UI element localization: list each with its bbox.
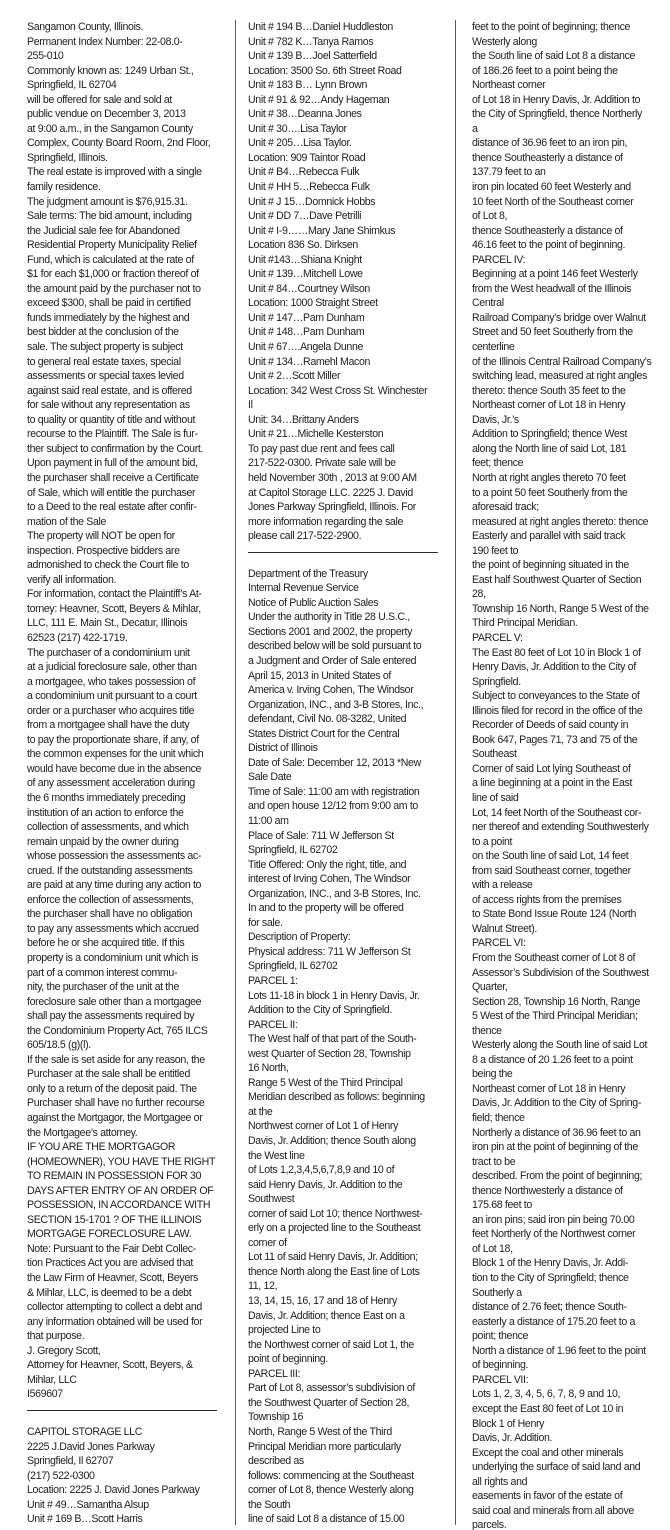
text-line: Davis, Jr. Addition; thence East on a [248, 1309, 444, 1324]
text-line: of access rights from the premises [472, 893, 664, 908]
text-line: Sections 2001 and 2002, the property [248, 625, 444, 640]
text-line: 46.16 feet to the point of beginning. [472, 238, 664, 253]
text-line: the Mortgagee’s attorney. [27, 1126, 223, 1141]
text-line: foreclosure sale other than a mortgagee [27, 995, 223, 1010]
text-line: Unit # HH 5…Rebecca Fulk [248, 180, 444, 195]
text-line: Time of Sale: 11:00 am with registration [248, 785, 444, 800]
text-line: MORTGAGE FORECLOSURE LAW. [27, 1227, 223, 1242]
text-line: Unit # 134…Ramehl Macon [248, 355, 444, 370]
column-right: feet to the point of beginning; thenceWe… [472, 20, 664, 1530]
text-line: the 6 months immediately preceding [27, 791, 223, 806]
text-line: an iron pins; said iron pin being 70.00 [472, 1213, 664, 1228]
text-line: Henry Davis, Jr. Addition to the City of [472, 660, 664, 675]
text-line: Unit # 67….Angela Dunne [248, 340, 444, 355]
text-line: thence [472, 1024, 664, 1039]
text-line: Upon payment in full of the amount bid, [27, 456, 223, 471]
text-line: on the South line of said Lot, 14 feet [472, 849, 664, 864]
text-line: Walnut Street). [472, 922, 664, 937]
text-line: Permanent Index Number: 22-08.0- [27, 35, 223, 50]
text-line: Westerly along the South line of said Lo… [472, 1038, 664, 1053]
text-line: at the [248, 1105, 444, 1120]
text-line: Location: 3500 So. 6th Street Road [248, 64, 444, 79]
text-line: 11:00 am [248, 814, 444, 829]
notice-separator [248, 552, 438, 553]
text-line: Section 28, Township 16 North, Range [472, 995, 664, 1010]
text-line: Unit # J 15…Domnick Hobbs [248, 195, 444, 210]
text-line: to quality or quantity of title and with… [27, 413, 223, 428]
text-line: switching lead, measured at right angles [472, 369, 664, 384]
text-line: Unit # 205…Lisa Taylor. [248, 136, 444, 151]
text-line: of Lots 1,2,3,4,5,6,7,8,9 and 10 of [248, 1163, 444, 1178]
text-line: thence North along the East line of Lots [248, 1265, 444, 1280]
text-line: said coal and minerals from all above [472, 1504, 664, 1519]
text-line: recourse to the Plaintiff. The Sale is f… [27, 427, 223, 442]
text-line: Northwest corner of Lot 1 of Henry [248, 1119, 444, 1134]
text-line: ner thereof and extending Southwesterly [472, 820, 664, 835]
text-line: From the Southeast corner of Lot 8 of [472, 951, 664, 966]
text-line: States District Court for the Central [248, 727, 444, 742]
text-line: a mortgagee, who takes possession of [27, 675, 223, 690]
text-line: the South [248, 1498, 444, 1513]
text-line: (217) 522-0300 [27, 1469, 223, 1484]
text-line: the Condominium Property Act, 765 ILCS [27, 1024, 223, 1039]
text-line: 28, [472, 587, 664, 602]
text-line: LLC, 111 E. Main St., Decatur, Illinois [27, 616, 223, 631]
text-line: centerline [472, 340, 664, 355]
text-line: 8 a distance of 20 1.26 feet to a point [472, 1053, 664, 1068]
text-line: 605/18.5 (g)(l). [27, 1038, 223, 1053]
text-line: East half Southwest Quarter of Section [472, 573, 664, 588]
text-line: Illinois filed for record in the office … [472, 704, 664, 719]
text-line: a Judgment and Order of Sale entered [248, 654, 444, 669]
text-line: against said real estate, and is offered [27, 384, 223, 399]
text-line: TO REMAIN IN POSSESSION FOR 30 [27, 1169, 223, 1184]
text-line: any information obtained will be used fo… [27, 1315, 223, 1330]
text-line: Springfield, IL 62702 [248, 959, 444, 974]
text-line: tion Practices Act you are advised that [27, 1256, 223, 1271]
text-line: Unit # 194 B…Daniel Huddleston [248, 20, 444, 35]
text-line: and open house 12/12 from 9:00 am to [248, 799, 444, 814]
text-line: iron pin at the point of beginning of th… [472, 1140, 664, 1155]
text-line: Unit # 147…Pam Dunham [248, 311, 444, 326]
text-line: In and to the property will be offered [248, 901, 444, 916]
text-line: Unit # 49…Samantha Alsup [27, 1498, 223, 1513]
text-line: a condominium unit pursuant to a court [27, 689, 223, 704]
text-line: sale. The subject property is subject [27, 340, 223, 355]
text-line: CAPITOL STORAGE LLC [27, 1425, 223, 1440]
text-line: Unit # 2…Scott Miller [248, 369, 444, 384]
text-line: Davis, Jr. Addition. [472, 1431, 664, 1446]
text-line: PARCEL V: [472, 631, 664, 646]
text-line: Unit # B4…Rebecca Fulk [248, 165, 444, 180]
text-line: SECTION 15-1701 ? OF THE ILLINOIS [27, 1213, 223, 1228]
text-line: the purchaser shall receive a Certificat… [27, 471, 223, 486]
text-line: thence Northwesterly a distance of [472, 1184, 664, 1199]
text-line: field; thence [472, 1111, 664, 1126]
text-line: Northeast corner [472, 78, 664, 93]
text-line: interest of Irving Cohen, The Windsor [248, 872, 444, 887]
text-line: Central [472, 296, 664, 311]
text-line: verify all information. [27, 573, 223, 588]
text-line: Northeast corner of Lot 18 in Henry [472, 1082, 664, 1097]
text-line: described. From the point of beginning; [472, 1169, 664, 1184]
text-line: Unit # I-9……Mary Jane Shimkus [248, 224, 444, 239]
text-line: Railroad Company’s bridge over Walnut [472, 311, 664, 326]
text-line: the West line [248, 1149, 444, 1164]
text-line: Davis, Jr. Addition to the City of Sprin… [472, 1096, 664, 1111]
text-line: crued. If the outstanding assessments [27, 864, 223, 879]
text-line: order or a purchaser who acquires title [27, 704, 223, 719]
text-line: at 9:00 a.m., in the Sangamon County [27, 122, 223, 137]
text-line: Quarter, [472, 980, 664, 995]
text-line: Lot, 14 feet North of the Southeast cor- [472, 806, 664, 821]
text-line: Easterly and parallel with said track [472, 529, 664, 544]
text-line: 190 feet to [472, 544, 664, 559]
text-line: point; thence [472, 1329, 664, 1344]
text-line: distance of 2.76 feet; thence South- [472, 1300, 664, 1315]
text-line: the amount paid by the purchaser not to [27, 282, 223, 297]
text-line: Westerly along [472, 35, 664, 50]
text-line: Part of Lot 8, assessor’s subdivision of [248, 1381, 444, 1396]
text-line: to a point [472, 835, 664, 850]
text-line: To pay past due rent and fees call [248, 442, 444, 457]
text-line: POSSESSION, IN ACCORDANCE WITH [27, 1198, 223, 1213]
text-line: Location: 1000 Straight Street [248, 296, 444, 311]
text-line: Department of the Treasury [248, 567, 444, 582]
text-line: Fund, which is calculated at the rate of [27, 253, 223, 268]
text-line: 217-522-0300. Private sale will be [248, 456, 444, 471]
text-line: institution of an action to enforce the [27, 806, 223, 821]
text-line: America v. Irving Cohen, The Windsor [248, 683, 444, 698]
text-line: feet; thence [472, 456, 664, 471]
text-line: Unit # 782 K…Tanya Ramos [248, 35, 444, 50]
text-line: from a mortgagee shall have the duty [27, 718, 223, 733]
text-line: defendant, Civil No. 08-3282, United [248, 712, 444, 727]
foreclosure-notice: Sangamon County, Illinois.Permanent Inde… [27, 20, 223, 1402]
text-line: whose possession the assessments ac- [27, 849, 223, 864]
text-line: Date of Sale: December 12, 2013 *New [248, 756, 444, 771]
text-line: Springfield, Illinois. [27, 151, 223, 166]
text-line: the South line of said Lot 8 a distance [472, 49, 664, 64]
text-line: the Judicial sale fee for Abandoned [27, 224, 223, 239]
text-line: described as [248, 1454, 444, 1469]
text-line: parcels. [472, 1518, 664, 1530]
text-line: & Mihlar, LLC, is deemed to be a debt [27, 1286, 223, 1301]
text-line: 10 feet North of the Southeast corner [472, 195, 664, 210]
text-line: DAYS AFTER ENTRY OF AN ORDER OF [27, 1184, 223, 1199]
text-line: Springfield, IL 62704 [27, 78, 223, 93]
text-line: Northeast corner of Lot 18 in Henry [472, 398, 664, 413]
text-line: North, Range 5 West of the Third [248, 1425, 444, 1440]
text-line: Davis, Jr.’s [472, 413, 664, 428]
text-line: line of said Lot 8 a distance of 15.00 [248, 1512, 444, 1527]
text-line: April 15, 2013 in United States of [248, 669, 444, 684]
text-line: Unit # 84…Courtney Wilson [248, 282, 444, 297]
text-line: Complex, County Board Room, 2nd Floor, [27, 136, 223, 151]
text-line: Unit # DD 7…Dave Petrilli [248, 209, 444, 224]
text-line: The judgment amount is $76,915.31. [27, 195, 223, 210]
text-line: Place of Sale: 711 W Jefferson St [248, 829, 444, 844]
text-line: District of Illinois [248, 741, 444, 756]
text-line: Addition to Springfield; thence West [472, 427, 664, 442]
text-line: of Sale, which will entitle the purchase… [27, 486, 223, 501]
text-line: Book 647, Pages 71, 73 and 75 of the [472, 733, 664, 748]
column-divider [455, 20, 456, 1525]
text-line: PARCEL II: [248, 1018, 444, 1033]
text-line: PARCEL III: [248, 1367, 444, 1382]
text-line: to State Bond Issue Route 124 (North [472, 907, 664, 922]
text-line: thence Southeasterly a distance of [472, 151, 664, 166]
text-line: Meridian described as follows: beginning [248, 1090, 444, 1105]
text-line: aforesaid track; [472, 500, 664, 515]
text-line: of beginning. [472, 1358, 664, 1373]
text-line: I569607 [27, 1387, 223, 1402]
text-line: Purchaser at the sale shall be entitled [27, 1067, 223, 1082]
text-line: iron pin located 60 feet Westerly and [472, 180, 664, 195]
text-line: line of said [472, 791, 664, 806]
text-line: The purchaser of a condominium unit [27, 646, 223, 661]
text-line: Unit # 183 B… Lynn Brown [248, 78, 444, 93]
text-line: (HOMEOWNER), YOU HAVE THE RIGHT [27, 1155, 223, 1170]
text-line: said Henry Davis, Jr. Addition to the [248, 1178, 444, 1193]
text-line: please call 217-522-2900. [248, 529, 444, 544]
text-line: North at right angles thereto 70 feet [472, 471, 664, 486]
text-line: for sale without any representation as [27, 398, 223, 413]
text-line: Organization, INC., and 3-B Stores, Inc.… [248, 698, 444, 713]
text-line: Mihlar, LLC [27, 1373, 223, 1388]
text-line: 2225 J.David Jones Parkway [27, 1440, 223, 1455]
text-line: the point of beginning situated in the [472, 558, 664, 573]
text-line: more information regarding the sale [248, 515, 444, 530]
text-line: except the East 80 feet of Lot 10 in [472, 1402, 664, 1417]
text-line: For information, contact the Plaintiff’s… [27, 587, 223, 602]
text-line: corner of [248, 1236, 444, 1251]
text-line: easterly a distance of 175.20 feet to a [472, 1315, 664, 1330]
text-line: will be offered for sale and sold at [27, 93, 223, 108]
text-line: Range 5 West of the Third Principal [248, 1076, 444, 1091]
text-line: Organization, INC., and 3-B Stores, Inc. [248, 887, 444, 902]
text-line: torney: Heavner, Scott, Beyers & Mihlar, [27, 602, 223, 617]
text-line: to general real estate taxes, special [27, 355, 223, 370]
text-line: enforce the collection of assessments, [27, 893, 223, 908]
irs-auction-notice: Department of the TreasuryInternal Reven… [248, 567, 444, 1527]
text-line: admonished to check the Court file to [27, 558, 223, 573]
column-divider [235, 20, 236, 1525]
text-line: of Lot 18 in Henry Davis, Jr. Addition t… [472, 93, 664, 108]
text-line: PARCEL 1: [248, 974, 444, 989]
text-line: Davis, Jr. Addition; thence South along [248, 1134, 444, 1149]
column-left: Sangamon County, Illinois.Permanent Inde… [27, 20, 223, 1527]
text-line: the Northwest corner of said Lot 1, the [248, 1338, 444, 1353]
text-line: erly on a projected line to the Southeas… [248, 1221, 444, 1236]
capitol-storage-notice: CAPITOL STORAGE LLC2225 J.David Jones Pa… [27, 1425, 223, 1527]
text-line: Description of Property: [248, 930, 444, 945]
text-line: against the Mortgagor, the Mortgagee or [27, 1111, 223, 1126]
text-line: Unit # 38…Deanna Jones [248, 107, 444, 122]
text-line: of the Illinois Central Railroad Company… [472, 355, 664, 370]
text-line: shall pay the assessments required by [27, 1009, 223, 1024]
text-line: Lot 11 of said Henry Davis, Jr. Addition… [248, 1250, 444, 1265]
text-line: Note: Pursuant to the Fair Debt Collec- [27, 1242, 223, 1257]
text-line: 137.79 feet to an [472, 165, 664, 180]
text-line: Residential Property Municipality Relief [27, 238, 223, 253]
text-line: Lots 1, 2, 3, 4, 5, 6, 7, 8, 9 and 10, [472, 1387, 664, 1402]
text-line: Unit # 139…Mitchell Lowe [248, 267, 444, 282]
text-line: along the North line of said Lot, 181 [472, 442, 664, 457]
text-line: 11, 12, [248, 1279, 444, 1294]
text-line: Attorney for Heavner, Scott, Beyers, & [27, 1358, 223, 1373]
text-line: Springfield, IL 62702 [248, 843, 444, 858]
text-line: Title Offered: Only the right, title, an… [248, 858, 444, 873]
text-line: best bidder at the conclusion of the [27, 325, 223, 340]
text-line: part of a common interest commu- [27, 966, 223, 981]
text-line: Subject to conveyances to the State of [472, 689, 664, 704]
text-line: ther subject to confirmation by the Cour… [27, 442, 223, 457]
text-line: to a point 50 feet Southerly from the [472, 486, 664, 501]
text-line: corner of said Lot 10; thence Northwest- [248, 1207, 444, 1222]
text-line: Beginning at a point 146 feet Westerly [472, 267, 664, 282]
text-line: 62523 (217) 422-1719. [27, 631, 223, 646]
text-line: nity, the purchaser of the unit at the [27, 980, 223, 995]
text-line: Southerly a [472, 1286, 664, 1301]
text-line: Recorder of Deeds of said county in [472, 718, 664, 733]
text-line: measured at right angles thereto: thence [472, 515, 664, 530]
text-line: Block 1 of the Henry Davis, Jr. Addi- [472, 1256, 664, 1271]
text-line: the Law Firm of Heavner, Scott, Beyers [27, 1271, 223, 1286]
text-line: to a Deed to the real estate after confi… [27, 500, 223, 515]
text-line: a line beginning at a point in the East [472, 776, 664, 791]
text-line: collection of assessments, and which [27, 820, 223, 835]
text-line: of Lot 8, [472, 209, 664, 224]
text-line: Sale terms: The bid amount, including [27, 209, 223, 224]
text-line: Addition to the City of Springfield. [248, 1003, 444, 1018]
text-line: 255-010 [27, 49, 223, 64]
text-line: Unit # 21…Michelle Kesterston [248, 427, 444, 442]
text-line: funds immediately by the highest and [27, 311, 223, 326]
text-line: Unit # 30….Lisa Taylor [248, 122, 444, 137]
text-line: $1 for each $1,000 or fraction thereof o… [27, 267, 223, 282]
text-line: underlying the surface of said land and [472, 1460, 664, 1475]
text-line: PARCEL VI: [472, 936, 664, 951]
text-line: Sale Date [248, 770, 444, 785]
text-line: Lots 11-18 in block 1 in Henry Davis, Jr… [248, 989, 444, 1004]
text-line: The property will NOT be open for [27, 529, 223, 544]
text-line: held November 30th , 2013 at 9:00 AM [248, 471, 444, 486]
text-line: Southwest [248, 1192, 444, 1207]
text-line: Springfield, Il 62707 [27, 1454, 223, 1469]
text-line: Except the coal and other minerals [472, 1446, 664, 1461]
text-line: from said Southeast corner, together [472, 864, 664, 879]
text-line: Commonly known as: 1249 Urban St., [27, 64, 223, 79]
text-line: all rights and [472, 1475, 664, 1490]
text-line: a [472, 122, 664, 137]
text-line: the common expenses for the unit which [27, 747, 223, 762]
text-line: Northerly a distance of 36.96 feet to an [472, 1126, 664, 1141]
text-line: Location: 909 Taintor Road [248, 151, 444, 166]
text-line: would have become due in the absence [27, 762, 223, 777]
text-line: 13, 14, 15, 16, 17 and 18 of Henry [248, 1294, 444, 1309]
text-line: The real estate is improved with a singl… [27, 165, 223, 180]
text-line: Location: 2225 J. David Jones Parkway [27, 1483, 223, 1498]
text-line: public vendue on December 3, 2013 [27, 107, 223, 122]
text-line: follows: commencing at the Southeast [248, 1469, 444, 1484]
text-line: remain unpaid by the owner during [27, 835, 223, 850]
text-line: Internal Revenue Service [248, 581, 444, 596]
text-line: Physical address: 711 W Jefferson St [248, 945, 444, 960]
text-line: being the [472, 1067, 664, 1082]
text-line: Location 836 So. Dirksen [248, 238, 444, 253]
text-line: corner of Lot 8, thence Westerly along [248, 1483, 444, 1498]
text-line: projected Line to [248, 1323, 444, 1338]
text-line: the Southwest Quarter of Section 28, [248, 1396, 444, 1411]
text-line: of any assessment acceleration during [27, 776, 223, 791]
text-line: Southeast [472, 747, 664, 762]
text-line: PARCEL VII: [472, 1373, 664, 1388]
text-line: Notice of Public Auction Sales [248, 596, 444, 611]
text-line: PARCEL IV: [472, 253, 664, 268]
text-line: exceed $300, shall be paid in certified [27, 296, 223, 311]
capitol-storage-notice-continued: Unit # 194 B…Daniel HuddlestonUnit # 782… [248, 20, 444, 544]
text-line: with a release [472, 878, 664, 893]
text-line: Unit # 169 B…Scott Harris [27, 1512, 223, 1527]
text-line: thence Southeasterly a distance of [472, 224, 664, 239]
text-line: Principal Meridian more particularly [248, 1440, 444, 1455]
text-line: Unit # 91 & 92…Andy Hageman [248, 93, 444, 108]
text-line: Under the authority in Title 28 U.S.C., [248, 610, 444, 625]
irs-auction-notice-continued: feet to the point of beginning; thenceWe… [472, 20, 664, 1530]
text-line: 16 North, [248, 1061, 444, 1076]
text-line: distance of 36.96 feet to an iron pin, [472, 136, 664, 151]
text-line: mation of the Sale [27, 515, 223, 530]
text-line: inspection. Prospective bidders are [27, 544, 223, 559]
text-line: west Quarter of Section 28, Township [248, 1047, 444, 1062]
text-line: Location: 342 West Cross St. Winchester [248, 384, 444, 399]
text-line: Unit # 148…Pam Dunham [248, 325, 444, 340]
text-line: at a judicial foreclosure sale, other th… [27, 660, 223, 675]
text-line: described below will be sold pursuant to [248, 639, 444, 654]
text-line: collector attempting to collect a debt a… [27, 1300, 223, 1315]
text-line: The East 80 feet of Lot 10 in Block 1 of [472, 646, 664, 661]
text-line: point of beginning. [248, 1352, 444, 1367]
text-line: Unit: 34…Brittany Anders [248, 413, 444, 428]
text-line: feet Northerly of the Northwest corner [472, 1227, 664, 1242]
text-line: assessments or special taxes levied [27, 369, 223, 384]
text-line: Block 1 of Henry [472, 1417, 664, 1432]
text-line: The West half of that part of the South- [248, 1032, 444, 1047]
text-line: that purpose. [27, 1329, 223, 1344]
text-line: Purchaser shall have no further recourse [27, 1096, 223, 1111]
text-line: feet to the point of beginning; thence [472, 20, 664, 35]
text-line: of Lot 18, [472, 1242, 664, 1257]
text-line: Springfield. [472, 675, 664, 690]
text-line: are paid at any time during any action t… [27, 878, 223, 893]
text-line: of 186.26 feet to a point being the [472, 64, 664, 79]
text-line: from the West headwall of the Illinois [472, 282, 664, 297]
text-line: to pay the proportionate share, if any, … [27, 733, 223, 748]
text-line: family residence. [27, 180, 223, 195]
text-line: 175.68 feet to [472, 1198, 664, 1213]
text-line: IF YOU ARE THE MORTGAGOR [27, 1140, 223, 1155]
text-line: North a distance of 1.96 feet to the poi… [472, 1344, 664, 1359]
text-line: Township 16 North, Range 5 West of the [472, 602, 664, 617]
text-line: before he or she acquired title. If this [27, 936, 223, 951]
notice-separator [27, 1410, 217, 1411]
text-line: Assessor’s Subdivision of the Southwest [472, 966, 664, 981]
text-line: Unit #143…Shiana Knight [248, 253, 444, 268]
text-line: Sangamon County, Illinois. [27, 20, 223, 35]
text-line: property is a condominium unit which is [27, 951, 223, 966]
text-line: only to a return of the deposit paid. Th… [27, 1082, 223, 1097]
